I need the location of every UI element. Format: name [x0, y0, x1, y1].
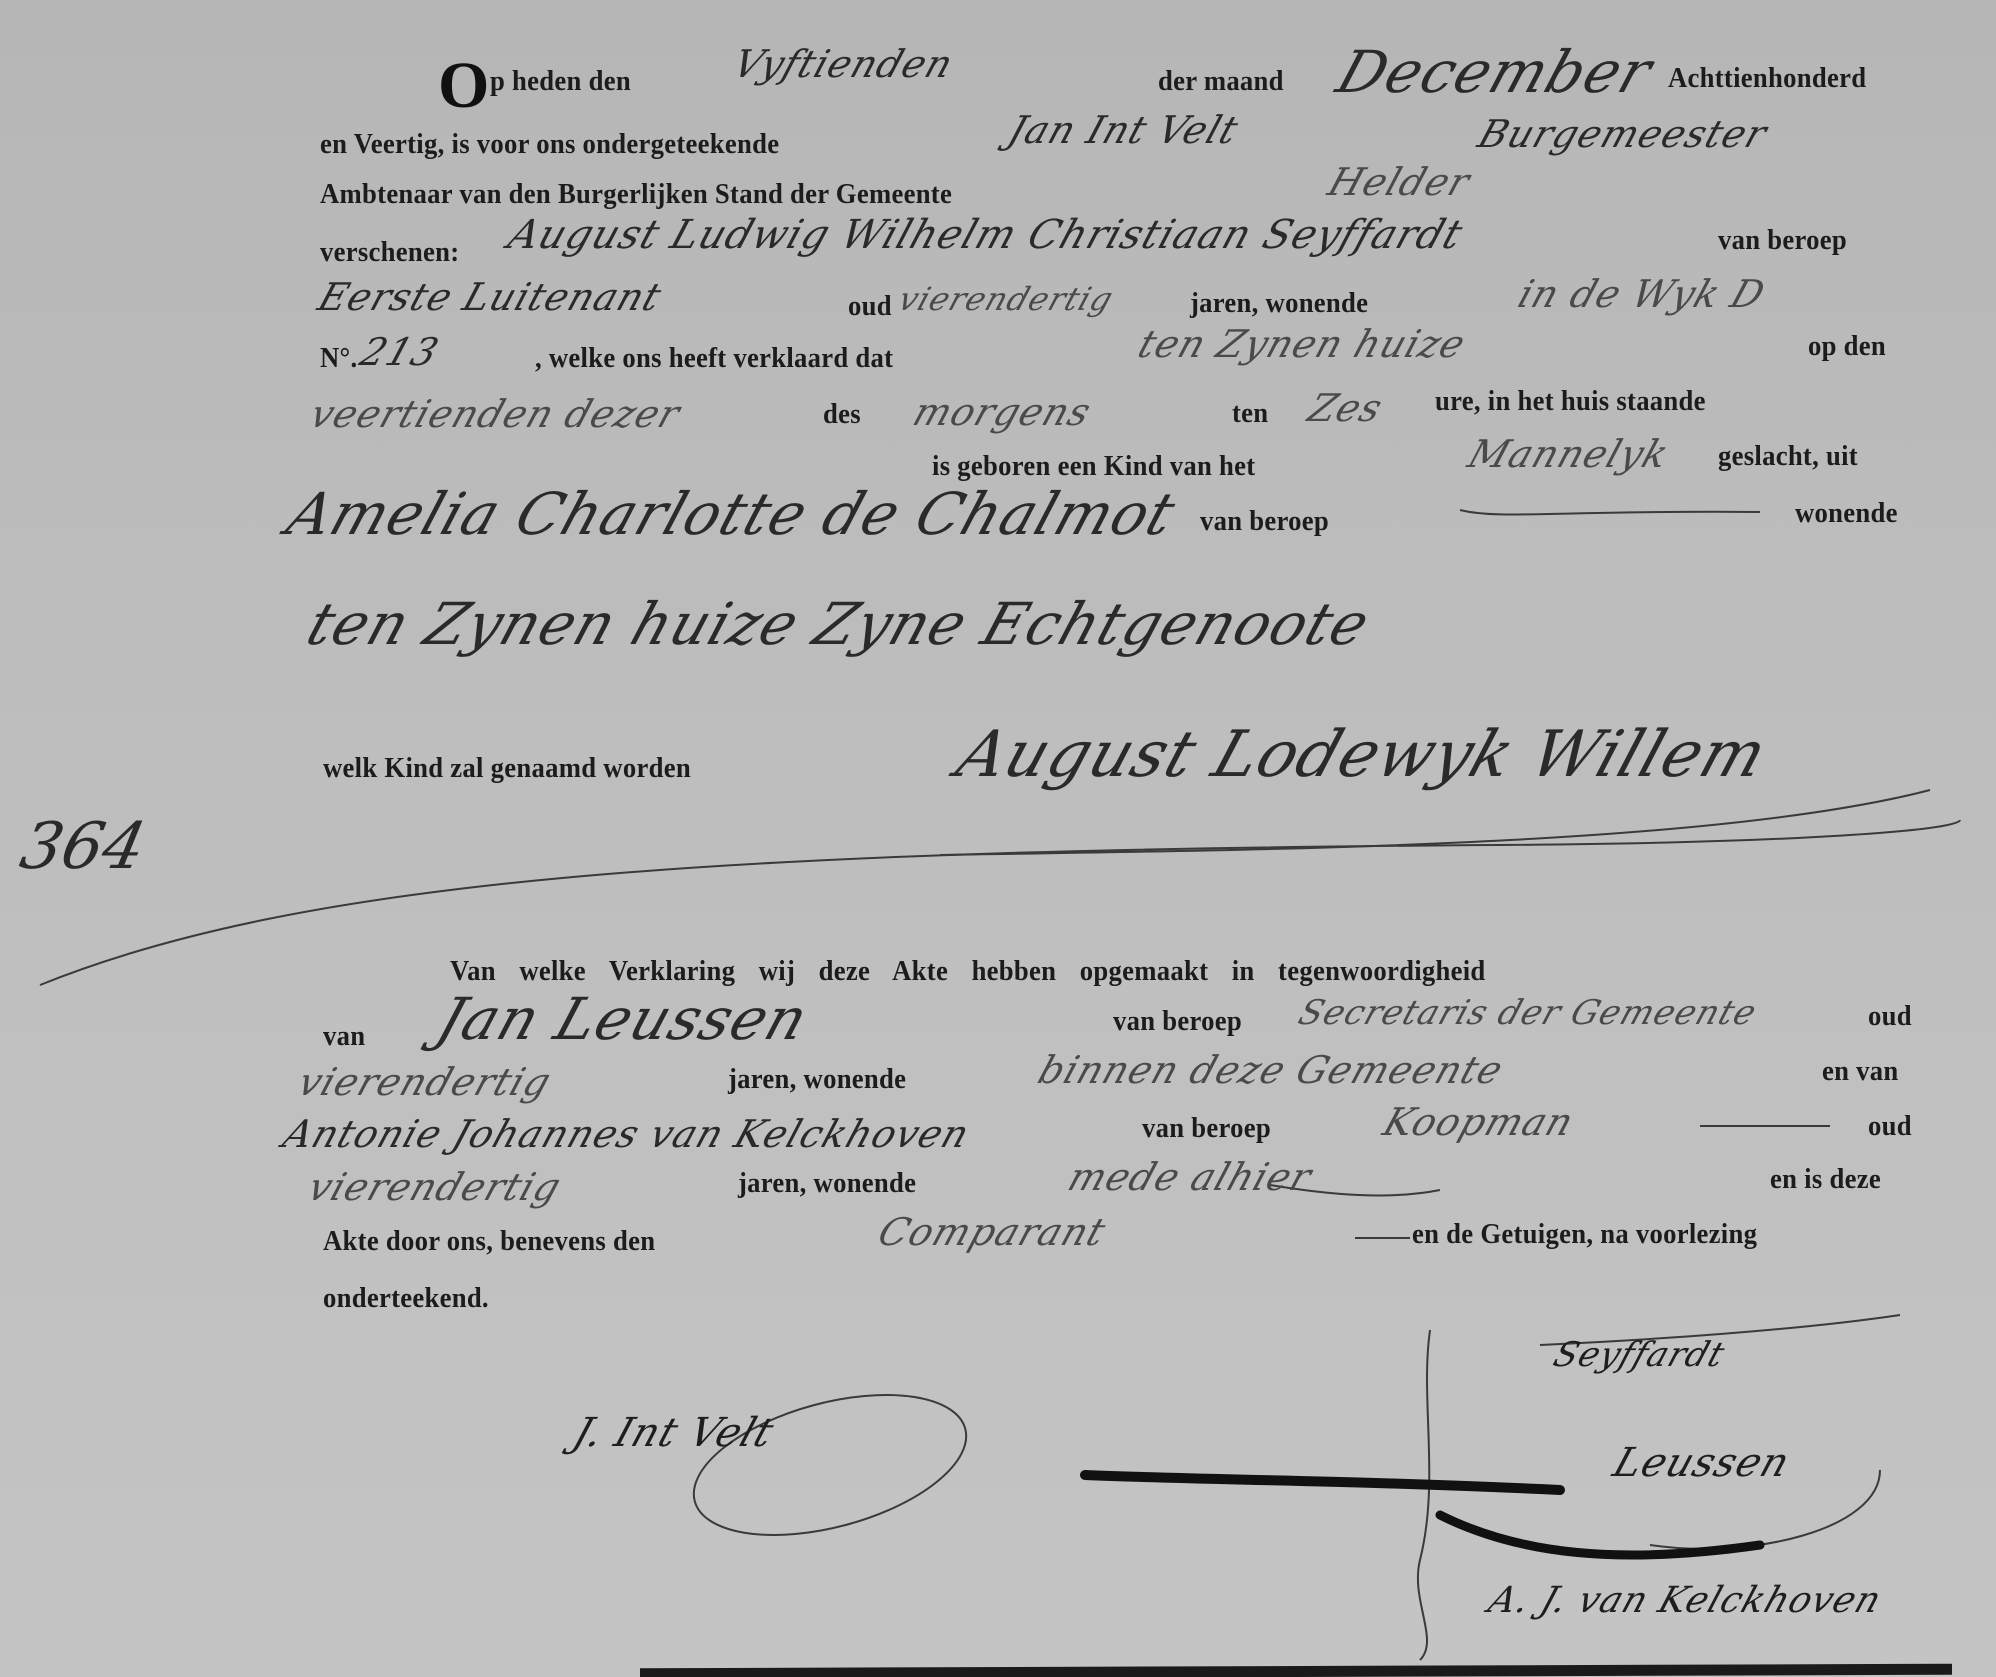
handwritten-declarant-address: in de Wyk D — [1513, 272, 1771, 316]
printed-text: oud — [1868, 1110, 1912, 1143]
printed-text: Akte door ons, benevens den — [323, 1225, 655, 1258]
printed-text: ten — [1232, 397, 1268, 430]
margin-record-number: 364 — [14, 810, 152, 884]
printed-text: Van welke Verklaring wij deze Akte hebbe… — [450, 955, 1486, 988]
printed-text: verschenen: — [320, 236, 459, 269]
printed-text: van beroep — [1113, 1005, 1242, 1038]
printed-text: Ambtenaar van den Burgerlijken Stand der… — [320, 178, 952, 211]
signature-witness1: Leussen — [1608, 1440, 1796, 1486]
handwritten-witness1-age: vierendertig — [293, 1060, 557, 1104]
printed-text: van — [323, 1020, 365, 1053]
printed-text: oud — [848, 290, 892, 323]
scan-edge-bar — [640, 1664, 1952, 1677]
handwritten-house-number: 213 — [355, 330, 445, 374]
handwritten-witness1-address: binnen deze Gemeente — [1033, 1048, 1509, 1092]
printed-text: en Veertig, is voor ons ondergeteekende — [320, 128, 779, 161]
handwritten-municipality: Helder — [1323, 160, 1476, 204]
initial-capital-O: O — [438, 48, 489, 124]
handwritten-child-name: August Lodewyk Willem — [948, 718, 1776, 792]
handwritten-mother-address: ten Zynen huize Zyne Echtgenoote — [299, 590, 1379, 658]
printed-text: van beroep — [1200, 505, 1329, 538]
printed-text: des — [823, 398, 861, 431]
printed-text: jaren, wonende — [728, 1063, 906, 1096]
signature-witness2: A. J. van Kelckhoven — [1483, 1580, 1887, 1621]
printed-text: en van — [1822, 1055, 1899, 1088]
printed-text: is geboren een Kind van het — [932, 450, 1255, 483]
printed-text: N°. — [320, 342, 357, 375]
printed-text: der maand — [1158, 65, 1284, 98]
handwritten-witness2-age: vierendertig — [303, 1165, 567, 1209]
signature-declarant: Seyffardt — [1549, 1335, 1731, 1375]
handwritten-month: December — [1329, 38, 1661, 106]
printed-text: van beroep — [1718, 224, 1847, 257]
printed-text: en de Getuigen, na voorlezing — [1412, 1218, 1757, 1251]
printed-text: oud — [1868, 1000, 1912, 1033]
handwritten-comparant: Comparant — [873, 1210, 1112, 1254]
handwritten-official-name: Jan Int Velt — [1003, 108, 1244, 152]
handwritten-hour: Zes — [1303, 386, 1389, 430]
handwritten-birth-day: veertienden dezer — [305, 392, 686, 436]
printed-text: , welke ons heeft verklaard dat — [535, 342, 893, 375]
handwritten-mother-name: Amelia Charlotte de Chalmot — [279, 480, 1184, 548]
handwritten-official-title: Burgemeester — [1473, 112, 1773, 156]
printed-text: geslacht, uit — [1718, 440, 1858, 473]
printed-text: ure, in het huis staande — [1435, 385, 1706, 418]
document-page: O p heden den Vyftienden der maand Decem… — [0, 0, 1996, 1677]
printed-text: op den — [1808, 330, 1886, 363]
handwritten-declarant-age: vierendertig — [894, 280, 1119, 318]
handwritten-birth-place: ten Zynen huize — [1133, 322, 1472, 366]
handwritten-witness1-name: Jan Leussen — [429, 985, 817, 1053]
printed-text: Achttienhonderd — [1668, 62, 1866, 95]
handwritten-declarant-profession: Eerste Luitenant — [313, 275, 668, 319]
handwritten-witness2-profession: Koopman — [1378, 1100, 1580, 1144]
handwritten-witness2-address: mede alhier — [1063, 1155, 1318, 1199]
printed-text: p heden den — [490, 65, 631, 98]
printed-text: jaren, wonende — [738, 1167, 916, 1200]
printed-text: wonende — [1795, 497, 1898, 530]
handwritten-witness2-name: Antonie Johannes van Kelckhoven — [278, 1112, 976, 1156]
handwritten-sex: Mannelyk — [1463, 432, 1675, 476]
printed-text: van beroep — [1142, 1112, 1271, 1145]
printed-text: jaren, wonende — [1190, 287, 1368, 320]
handwritten-declarant-name: August Ludwig Wilhelm Christiaan Seyffar… — [503, 212, 1469, 258]
signature-official: J. Int Velt — [568, 1410, 780, 1456]
printed-text: en is deze — [1770, 1163, 1881, 1196]
printed-text: onderteekend. — [323, 1282, 489, 1315]
handwritten-witness1-profession: Secretaris der Gemeente — [1294, 993, 1763, 1033]
handwritten-time-of-day: morgens — [908, 390, 1097, 434]
printed-text: welk Kind zal genaamd worden — [323, 752, 691, 785]
handwritten-day: Vyftienden — [728, 42, 959, 86]
